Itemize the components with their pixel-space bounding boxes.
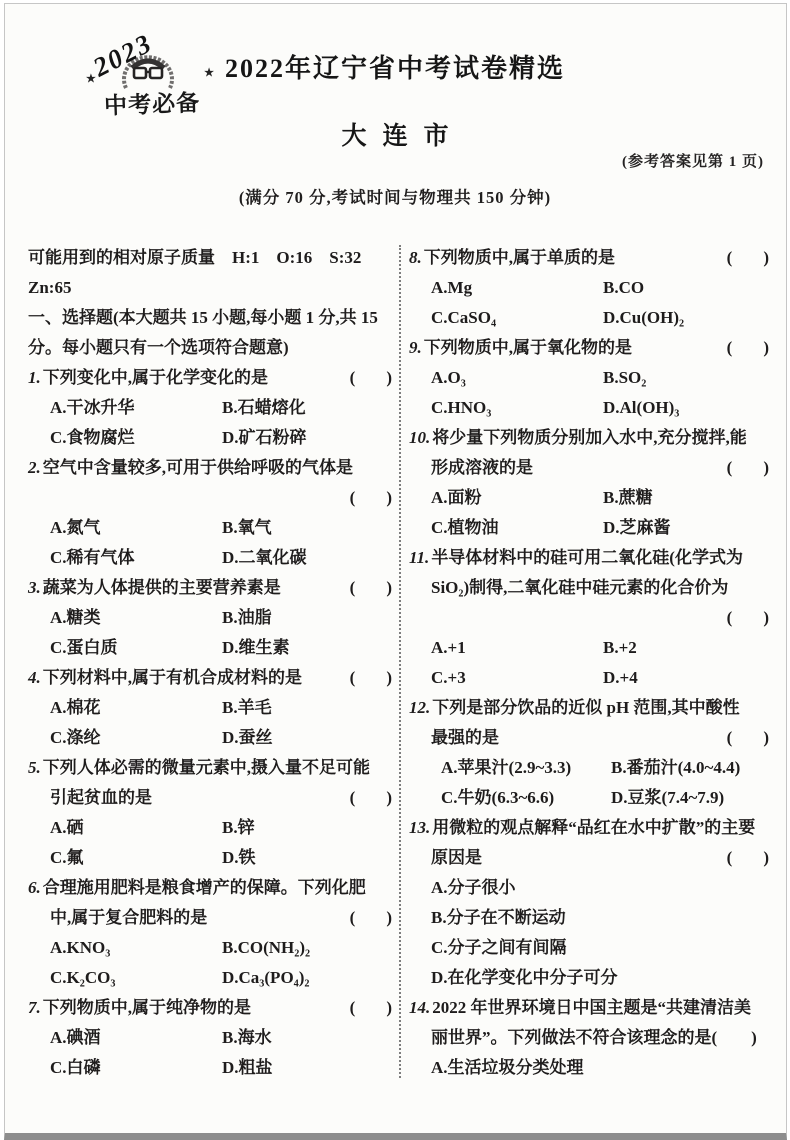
text-line: 最强的是( ) [409,723,768,753]
option: A.碘酒 [50,1023,222,1053]
text-line: 丽世界”。下列做法不符合该理念的是( ) [409,1023,768,1053]
stem-text: 形成溶液的是 [431,453,727,483]
text-line: SiO₂)制得,二氧化硅中硅元素的化合价为 [409,573,768,603]
question-block: 14.2022 年世界环境日中国主题是“共建清洁美丽世界”。下列做法不符合该理念… [409,993,768,1083]
option: A.生活垃圾分类处理 [431,1053,768,1083]
stem-text: 空气中含量较多,可用于供给呼吸的气体是 [43,453,391,483]
option: B.分子在不断运动 [431,903,768,933]
option: D.维生素 [222,633,391,663]
options-grid: A.MgB.COC.CaSO₄D.Cu(OH)₂ [409,273,768,333]
text-line: 1.下列变化中,属于化学变化的是( ) [28,363,391,393]
options-grid: A.碘酒B.海水C.白磷D.粗盐 [28,1023,391,1083]
exam-body: 可能用到的相对原子质量 H:1 O:16 S:32Zn:65一、选择题(本大题共… [28,243,768,1083]
option: B.氧气 [222,513,391,543]
stem-text: 下列材料中,属于有机合成材料的是 [43,663,350,693]
answer-bracket: ( ) [350,663,391,693]
text-line: 5.下列人体必需的微量元素中,摄入量不足可能 [28,753,391,783]
stem-text: 中,属于复合肥料的是 [50,903,350,933]
options-grid: A.干冰升华B.石蜡熔化C.食物腐烂D.矿石粉碎 [28,393,391,453]
option: D.粗盐 [222,1053,391,1083]
answer-bracket: ( ) [350,783,391,813]
question-block: 6.合理施用肥料是粮食增产的保障。下列化肥中,属于复合肥料的是( )A.KNO₃… [28,873,391,993]
stem-text: 下列人体必需的微量元素中,摄入量不足可能 [43,753,391,783]
text-line: 引起贫血的是( ) [28,783,391,813]
left-column: 可能用到的相对原子质量 H:1 O:16 S:32Zn:65一、选择题(本大题共… [28,243,391,1083]
option: B.石蜡熔化 [222,393,391,423]
options-grid: A.KNO₃B.CO(NH₂)₂C.K₂CO₃D.Ca₃(PO₄)₂ [28,933,391,993]
text-line: 分。每小题只有一个选项符合题意) [28,333,391,363]
stem-text: 一、选择题(本大题共 15 小题,每小题 1 分,共 15 [28,303,391,333]
option: B.+2 [603,633,768,663]
question-number: 7. [28,993,43,1023]
question-block: 10.将少量下列物质分别加入水中,充分搅拌,能形成溶液的是( )A.面粉B.蔗糖… [409,423,768,543]
answer-bracket: ( ) [727,723,768,753]
option: C.CaSO₄ [431,303,603,333]
option: B.番茄汁(4.0~4.4) [611,753,768,783]
text-line: 2.空气中含量较多,可用于供给呼吸的气体是 [28,453,391,483]
text-line: 10.将少量下列物质分别加入水中,充分搅拌,能 [409,423,768,453]
text-line: 11.半导体材料中的硅可用二氧化硅(化学式为 [409,543,768,573]
option: D.在化学变化中分子可分 [431,963,768,993]
stem-text: 蔬菜为人体提供的主要营养素是 [43,573,350,603]
option: C.分子之间有间隔 [431,933,768,963]
option: C.氟 [50,843,222,873]
stem-text: 可能用到的相对原子质量 H:1 O:16 S:32 [28,243,391,273]
option: C.蛋白质 [50,633,222,663]
question-number: 14. [409,993,432,1023]
option: A.分子很小 [431,873,768,903]
option: A.Mg [431,273,603,303]
question-block: 1.下列变化中,属于化学变化的是( )A.干冰升华B.石蜡熔化C.食物腐烂D.矿… [28,363,391,453]
question-number: 9. [409,333,424,363]
stem-text: SiO₂)制得,二氧化硅中硅元素的化合价为 [431,573,768,603]
option: B.蔗糖 [603,483,768,513]
option: C.植物油 [431,513,603,543]
option: D.豆浆(7.4~7.9) [611,783,768,813]
options-grid: A.分子很小B.分子在不断运动C.分子之间有间隔D.在化学变化中分子可分 [409,873,768,993]
stem-text: 丽世界”。下列做法不符合该理念的是( ) [431,1023,768,1053]
question-block: 13.用微粒的观点解释“品红在水中扩散”的主要原因是( )A.分子很小B.分子在… [409,813,768,993]
text-line: 8.下列物质中,属于单质的是( ) [409,243,768,273]
options-grid: A.氮气B.氧气C.稀有气体D.二氧化碳 [28,513,391,573]
option: B.CO(NH₂)₂ [222,933,391,963]
answer-reference-note: (参考答案见第 1 页) [622,150,764,171]
option: C.+3 [431,663,603,693]
question-block: 11.半导体材料中的硅可用二氧化硅(化学式为SiO₂)制得,二氧化硅中硅元素的化… [409,543,768,693]
text-line: 一、选择题(本大题共 15 小题,每小题 1 分,共 15 [28,303,391,333]
question-number: 5. [28,753,43,783]
option: B.CO [603,273,768,303]
question-number: 1. [28,363,43,393]
option: D.+4 [603,663,768,693]
question-block: 8.下列物质中,属于单质的是( )A.MgB.COC.CaSO₄D.Cu(OH)… [409,243,768,333]
answer-bracket: ( ) [727,333,768,363]
option: A.+1 [431,633,603,663]
text-line: 14.2022 年世界环境日中国主题是“共建清洁美 [409,993,768,1023]
city-heading: 大连市 [0,116,790,152]
stem-text: 下列物质中,属于单质的是 [424,243,727,273]
question-number: 4. [28,663,43,693]
option: A.氮气 [50,513,222,543]
option: A.KNO₃ [50,933,222,963]
question-number: 6. [28,873,43,903]
option: A.面粉 [431,483,603,513]
text-line: 9.下列物质中,属于氧化物的是( ) [409,333,768,363]
answer-bracket: ( ) [350,483,391,513]
text-line: ( ) [28,483,391,513]
text-line: 中,属于复合肥料的是( ) [28,903,391,933]
question-block: 2.空气中含量较多,可用于供给呼吸的气体是( )A.氮气B.氧气C.稀有气体D.… [28,453,391,573]
option: A.苹果汁(2.9~3.3) [441,753,611,783]
text-line: 6.合理施用肥料是粮食增产的保障。下列化肥 [28,873,391,903]
stem-text [50,483,350,513]
options-grid: A.生活垃圾分类处理 [409,1053,768,1083]
question-block: 5.下列人体必需的微量元素中,摄入量不足可能引起贫血的是( )A.硒B.锌C.氟… [28,753,391,873]
option: B.SO₂ [603,363,768,393]
text-line: 原因是( ) [409,843,768,873]
option: D.矿石粉碎 [222,423,391,453]
answer-bracket: ( ) [350,573,391,603]
stem-text: 原因是 [431,843,727,873]
stem-text: 引起贫血的是 [50,783,350,813]
question-number: 13. [409,813,432,843]
options-grid: A.面粉B.蔗糖C.植物油D.芝麻酱 [409,483,768,543]
option: D.Al(OH)₃ [603,393,768,423]
option: A.干冰升华 [50,393,222,423]
stem-text [431,603,727,633]
text-line: 形成溶液的是( ) [409,453,768,483]
option: C.稀有气体 [50,543,222,573]
option: C.HNO₃ [431,393,603,423]
question-number: 12. [409,693,432,723]
text-line: 可能用到的相对原子质量 H:1 O:16 S:32 [28,243,391,273]
options-grid: A.棉花B.羊毛C.涤纶D.蚕丝 [28,693,391,753]
question-number: 8. [409,243,424,273]
answer-bracket: ( ) [727,603,768,633]
paragraph-block: 一、选择题(本大题共 15 小题,每小题 1 分,共 15分。每小题只有一个选项… [28,303,391,363]
answer-bracket: ( ) [727,453,768,483]
answer-bracket: ( ) [350,903,391,933]
stem-text: 用微粒的观点解释“品红在水中扩散”的主要 [432,813,768,843]
question-block: 3.蔬菜为人体提供的主要营养素是( )A.糖类B.油脂C.蛋白质D.维生素 [28,573,391,663]
options-grid: A.+1B.+2C.+3D.+4 [409,633,768,693]
stem-text: 将少量下列物质分别加入水中,充分搅拌,能 [432,423,768,453]
stem-text: 2022 年世界环境日中国主题是“共建清洁美 [432,993,768,1023]
stem-text: 下列物质中,属于纯净物的是 [43,993,350,1023]
answer-bracket: ( ) [350,993,391,1023]
question-number: 3. [28,573,43,603]
text-line: ( ) [409,603,768,633]
option: B.羊毛 [222,693,391,723]
option: C.牛奶(6.3~6.6) [441,783,611,813]
stem-text: 下列变化中,属于化学变化的是 [43,363,350,393]
stem-text: 合理施用肥料是粮食增产的保障。下列化肥 [43,873,391,903]
option: D.蚕丝 [222,723,391,753]
text-line: 7.下列物质中,属于纯净物的是( ) [28,993,391,1023]
options-grid: A.苹果汁(2.9~3.3)B.番茄汁(4.0~4.4)C.牛奶(6.3~6.6… [409,753,768,813]
option: D.芝麻酱 [603,513,768,543]
option: A.糖类 [50,603,222,633]
options-grid: A.O₃B.SO₂C.HNO₃D.Al(OH)₃ [409,363,768,423]
paragraph-block: 可能用到的相对原子质量 H:1 O:16 S:32Zn:65 [28,243,391,303]
option: B.油脂 [222,603,391,633]
option: D.铁 [222,843,391,873]
stem-text: 半导体材料中的硅可用二氧化硅(化学式为 [431,543,768,573]
option: C.涤纶 [50,723,222,753]
question-block: 9.下列物质中,属于氧化物的是( )A.O₃B.SO₂C.HNO₃D.Al(OH… [409,333,768,423]
text-line: 4.下列材料中,属于有机合成材料的是( ) [28,663,391,693]
option: B.海水 [222,1023,391,1053]
exam-info-line: (满分 70 分,考试时间与物理共 150 分钟) [0,184,790,208]
option: C.食物腐烂 [50,423,222,453]
option: D.二氧化碳 [222,543,391,573]
option: D.Cu(OH)₂ [603,303,768,333]
option: A.硒 [50,813,222,843]
options-grid: A.硒B.锌C.氟D.铁 [28,813,391,873]
page-title: 2022年辽宁省中考试卷精选 [0,48,790,85]
options-grid: A.糖类B.油脂C.蛋白质D.维生素 [28,603,391,663]
option: C.白磷 [50,1053,222,1083]
option: A.棉花 [50,693,222,723]
option: D.Ca₃(PO₄)₂ [222,963,391,993]
option: A.O₃ [431,363,603,393]
question-number: 2. [28,453,43,483]
stem-text: 下列是部分饮品的近似 pH 范围,其中酸性 [432,693,768,723]
stem-text: 下列物质中,属于氧化物的是 [424,333,727,363]
answer-bracket: ( ) [350,363,391,393]
question-block: 7.下列物质中,属于纯净物的是( )A.碘酒B.海水C.白磷D.粗盐 [28,993,391,1083]
stem-text: Zn:65 [28,273,391,303]
question-number: 10. [409,423,432,453]
answer-bracket: ( ) [727,843,768,873]
question-block: 12.下列是部分饮品的近似 pH 范围,其中酸性最强的是( )A.苹果汁(2.9… [409,693,768,813]
stem-text: 分。每小题只有一个选项符合题意) [28,333,391,363]
right-column: 8.下列物质中,属于单质的是( )A.MgB.COC.CaSO₄D.Cu(OH)… [409,243,768,1083]
answer-bracket: ( ) [727,243,768,273]
option: C.K₂CO₃ [50,963,222,993]
question-block: 4.下列材料中,属于有机合成材料的是( )A.棉花B.羊毛C.涤纶D.蚕丝 [28,663,391,753]
text-line: 3.蔬菜为人体提供的主要营养素是( ) [28,573,391,603]
text-line: 12.下列是部分饮品的近似 pH 范围,其中酸性 [409,693,768,723]
question-number: 11. [409,543,431,573]
stem-text: 最强的是 [431,723,727,753]
option: B.锌 [222,813,391,843]
text-line: Zn:65 [28,273,391,303]
text-line: 13.用微粒的观点解释“品红在水中扩散”的主要 [409,813,768,843]
